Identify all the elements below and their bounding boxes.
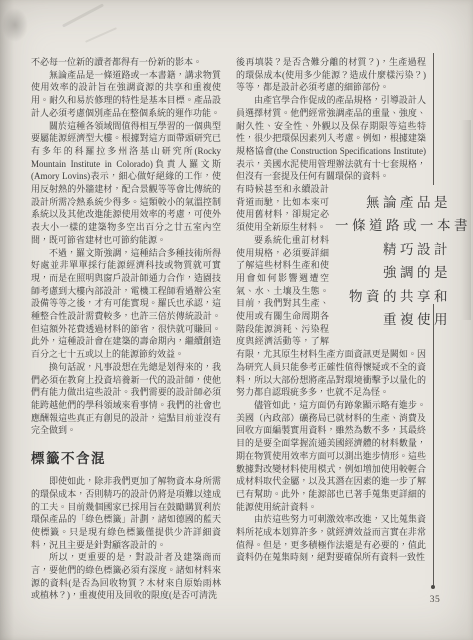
- paragraph: 無論產品是一條道路或一本書籍，講求物質使用效率的設計旨在強調資源的共享和重複使用…: [31, 69, 221, 120]
- paragraph: 不過，羅文斯強調，這種結合多種技術所得好處並非單單採行能源經濟科技或物質就可實現…: [31, 247, 221, 361]
- left-column: 不必每一位新的讀者都得有一份新的影本。 無論產品是一條道路或一本書籍，講求物質使…: [31, 56, 221, 602]
- scan-scratch: [85, 27, 117, 43]
- margin-rule-bottom: [433, 304, 434, 586]
- scan-scratch: [62, 3, 104, 27]
- paragraph: 換句話說，凡事設想在先總是划得來的，我們必須在教育上投資培養新一代的設計師，使他…: [31, 361, 221, 437]
- paragraph: 由於這些努力可刺激效率改進，又比蒐集資料所花成本划算許多，就經濟效益而言實在非常…: [236, 513, 426, 564]
- paragraph: 後再填裝？是否含難分離的材質？)，生產過程的環保成本(使用多少能源？造成什麼樣污…: [236, 56, 426, 94]
- pull-quote-line: 強調的是: [335, 261, 451, 285]
- paragraph: 儘管如此，這方面仍有跡象顯示略有進步。美國（內政部）礦務局已就材料的生產、消費及…: [236, 399, 426, 513]
- book-page: 不必每一位新的讀者都得有一份新的影本。 無論產品是一條道路或一本書籍，講求物質使…: [0, 0, 473, 640]
- section-heading: 標籤不含混: [31, 450, 221, 468]
- paragraph: 由產官學合作促成的產品規格，引導設計人員選擇材質。他們經常強調產品的重量、強度、…: [236, 94, 426, 183]
- scan-smudge: [2, 8, 28, 42]
- page-number: 35: [425, 595, 445, 605]
- rule-end-dot: [431, 585, 435, 589]
- pull-quote-line: 一條道路或一本書: [335, 214, 451, 238]
- paragraph: 不必每一位新的讀者都得有一份新的影本。: [31, 56, 221, 69]
- scan-edge-shadow: [0, 0, 14, 640]
- pull-quote-line: 無論產品是: [335, 191, 451, 215]
- pull-quote-line: 精巧設計: [335, 238, 451, 262]
- right-column: 後再填裝？是否含難分離的材質？)，生產過程的環保成本(使用多少能源？造成什麼樣污…: [236, 56, 426, 564]
- paragraph: 所以，更重要的是，對設計者及建築商而言，要他們的綠色標籤必須有深度。諸如材料來源…: [31, 551, 221, 602]
- margin-rule-top: [433, 53, 434, 185]
- paragraph: 關於這種各領域間值得相互學習的一個典型要屬能源經濟型大樓。根據對這方面帶頭研究已…: [31, 120, 221, 247]
- paragraph: 即使如此，除非我們更加了解物資本身所需的環保成本，否則精巧的設計仍將是項難以達成…: [31, 475, 221, 551]
